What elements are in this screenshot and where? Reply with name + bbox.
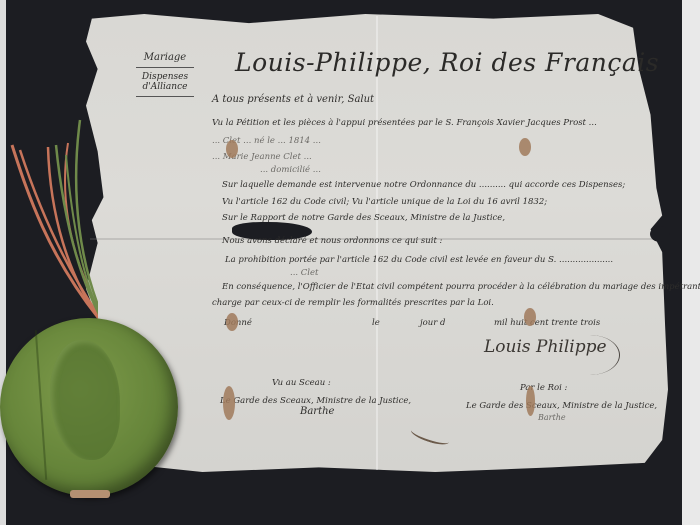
body-line: ... Clet (290, 268, 318, 278)
dating-day: jour d (420, 318, 445, 328)
paper-edge-tear (650, 226, 670, 242)
body-line: Sur le Rapport de notre Garde des Sceaux… (222, 213, 505, 223)
body-line: En conséquence, l'Officier de l'Etat civ… (222, 282, 700, 292)
right-office-label: Le Garde des Sceaux, Ministre de la Just… (466, 401, 657, 411)
body-line: Sur laquelle demande est intervenue notr… (222, 180, 625, 190)
margin-note: Mariage Dispenses d'Alliance (130, 52, 200, 101)
left-minister-signature: Barthe (300, 406, 334, 417)
seal-tab (70, 490, 110, 498)
margin-note-line2: d'Alliance (130, 82, 200, 92)
king-profile-relief-icon (50, 340, 120, 460)
body-line: Nous avons déclaré et nous ordonnons ce … (222, 236, 442, 246)
signature-flourish (560, 335, 620, 375)
dating-year: mil huit cent trente trois (494, 318, 600, 328)
wax-stain (226, 313, 238, 331)
margin-rule (136, 67, 194, 68)
wax-stain (524, 308, 536, 326)
body-line: Vu l'article 162 du Code civil; Vu l'art… (222, 197, 547, 207)
background-wall-right (682, 0, 700, 525)
salutation: A tous présents et à venir, Salut (212, 94, 374, 105)
wax-stain (526, 386, 535, 416)
margin-note-line1: Dispenses (130, 72, 200, 82)
right-minister-signature: Barthe (538, 413, 566, 422)
dating-the: le (372, 318, 380, 328)
body-line: La prohibition portée par l'article 162 … (225, 255, 613, 265)
margin-rule (136, 96, 194, 97)
green-wax-seal (0, 318, 178, 496)
document-title: Louis-Philippe, Roi des Français (235, 48, 659, 77)
wax-stain (519, 138, 531, 156)
body-line: ... domicilié ... (260, 165, 321, 175)
seal-crack (35, 330, 47, 480)
wax-stain (226, 140, 238, 158)
wax-stain (223, 386, 235, 420)
left-office-label: Le Garde des Sceaux, Ministre de la Just… (220, 396, 411, 406)
seal-ribbons-icon (8, 115, 98, 325)
seen-sealed-label: Vu au Sceau : (272, 378, 331, 388)
body-line: Vu la Pétition et les pièces à l'appui p… (212, 118, 597, 128)
margin-note-heading: Mariage (130, 52, 200, 63)
body-line: charge par ceux-ci de remplir les formal… (212, 298, 494, 308)
